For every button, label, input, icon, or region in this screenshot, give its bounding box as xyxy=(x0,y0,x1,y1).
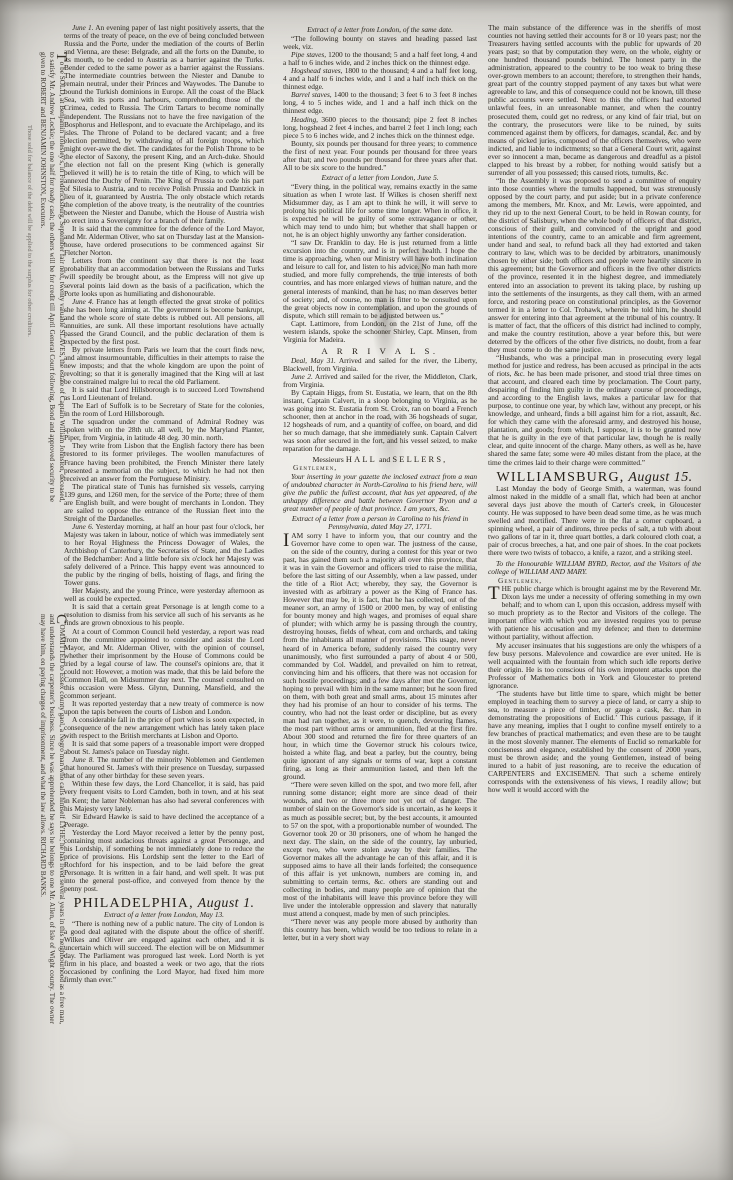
paragraph: Yesterday the Lord Mayor received a lett… xyxy=(64,829,264,893)
paragraph-text: A considerable fall in the price of port… xyxy=(64,715,264,740)
paragraph-text: The squadron under the command of Admira… xyxy=(64,417,264,442)
paragraph: Pipe staves, 1200 to the thousand; 5 and… xyxy=(283,51,477,67)
paragraph-text: An evening paper of last night positivel… xyxy=(64,23,264,225)
dateline-williamsburg: WILLIAMSBURG, August 15. xyxy=(488,474,701,482)
paragraph-text: Your inserting in your gazette the inclo… xyxy=(283,472,477,513)
paragraph-text: France has at length effected the great … xyxy=(64,297,264,346)
paragraph-text: Bounty, six pounds per thousand for thre… xyxy=(283,139,477,172)
margin-ad-text: o be SOLD, at Benjamin Tolesley's, in Fr… xyxy=(39,52,66,502)
paragraph-text: Last Monday the body of George Smith, a … xyxy=(488,484,701,557)
paragraph: Deal, May 31. Arrived and sailed for the… xyxy=(283,357,477,373)
paragraph-text: By Captain Higgs, from St. Eustatia, we … xyxy=(283,388,477,453)
paragraph-text: It was reported yesterday that a new tre… xyxy=(64,699,264,716)
paragraph-text: Letters from the continent say that ther… xyxy=(64,256,264,297)
paragraph: June 4. France has at length effected th… xyxy=(64,298,264,346)
paragraph: June 8. The number of the minority Noble… xyxy=(64,756,264,780)
paragraph: Heading, 3600 pieces to the thousand; pi… xyxy=(283,116,477,140)
paragraph-text: Sir Edward Hawke is said to have decline… xyxy=(64,812,264,829)
paragraph-text: It is said that the committee for the de… xyxy=(64,224,264,257)
margin-ad-fragment: Those sold for balance of the debt will … xyxy=(24,125,33,395)
paragraph-text: The piratical state of Tunis has furnish… xyxy=(64,482,264,523)
dateline-date: August 15. xyxy=(624,470,692,485)
paragraph: THE public charge which is brought again… xyxy=(488,585,701,641)
paragraph-text: It is said that a certain great Personag… xyxy=(64,602,264,627)
margin-ad-slaves-sale: To be SOLD, at Benjamin Tolesley's, in F… xyxy=(39,52,66,502)
paragraph-text: They write from Lisbon that the English … xyxy=(64,441,264,482)
paragraph-text: “There were seven killed on the spot, an… xyxy=(283,780,477,918)
address-name: HALL xyxy=(346,455,377,464)
column-philadelphia-news: Extract of a letter from London, of the … xyxy=(283,24,477,942)
paragraph-text: AM sorry I have to inform you, that our … xyxy=(283,531,477,781)
paragraph: By private letters from Paris we learn t… xyxy=(64,346,264,386)
paragraph: Last Monday the body of George Smith, a … xyxy=(488,485,701,557)
letter-extract-heading: Extract of a letter from a person in Car… xyxy=(287,515,473,531)
paragraph: At a court of Common Council held yester… xyxy=(64,628,264,700)
paragraph: Within these few days, the Lord Chancell… xyxy=(64,780,264,812)
paragraph-text: Yesterday morning, at half an hour past … xyxy=(64,522,264,587)
address-name: SELLERS, xyxy=(392,455,447,464)
paragraph-text: The number of the minority Noblemen and … xyxy=(64,755,264,780)
paragraph: Her Majesty, and the young Prince, were … xyxy=(64,587,264,603)
paragraph: Barrel staves, 1400 to the thousand; 3 f… xyxy=(283,91,477,115)
newspaper-scan: Those sold for balance of the debt will … xyxy=(0,0,733,1180)
paragraph-text: HE public charge which is brought agains… xyxy=(488,584,701,641)
dateline-city: PHILADELPHIA, xyxy=(74,896,194,911)
paragraph-text: My accuser insinuates that his suggestio… xyxy=(488,641,701,690)
paragraph-text: The main substance of the difference was… xyxy=(488,23,701,177)
paragraph: Hogshead staves, 1800 to the thousand; 4… xyxy=(283,67,477,91)
paragraph: A considerable fall in the price of port… xyxy=(64,716,264,740)
margin-ad-committed-gaol: COMMITTED to Essex county gaol, a Negro … xyxy=(39,614,66,1024)
paragraph: The piratical state of Tunis has furnish… xyxy=(64,483,264,523)
address-mid: and xyxy=(377,455,392,464)
paragraph-text: Capt. Lattimore, from London, on the 21s… xyxy=(283,319,477,344)
letter-extract-heading: Extract of a letter from London, of the … xyxy=(287,26,473,34)
dateline-philadelphia: PHILADELPHIA, August 1. xyxy=(64,900,264,908)
column-layout: June 1. An evening paper of last night p… xyxy=(64,24,701,985)
paragraph-text: It is said that some papers of a treason… xyxy=(64,739,264,756)
newspaper-page: Those sold for balance of the debt will … xyxy=(0,0,733,1180)
paragraph: June 6. Yesterday morning, at half an ho… xyxy=(64,523,264,587)
paragraph-text: “There never was any people more abused … xyxy=(283,917,477,942)
paragraph: It is said that some papers of a treason… xyxy=(64,740,264,756)
address-william-byrd: To the Honourable WILLIAM BYRD, Rector, … xyxy=(488,560,701,576)
paragraph: “The following bounty on staves and head… xyxy=(283,35,477,51)
paragraph-text: “There is nothing new of a public nature… xyxy=(64,919,264,984)
paragraph: ‘The students have but little time to sp… xyxy=(488,690,701,795)
paragraph: “There never was any people more abused … xyxy=(283,918,477,942)
drop-cap: T xyxy=(488,585,502,602)
paragraph-text: “Every thing, in the political way, rema… xyxy=(283,182,477,239)
paragraph: Your inserting in your gazette the inclo… xyxy=(283,473,477,513)
letter-extract-heading: Extract of a letter from London, May 13. xyxy=(68,911,260,919)
paragraph-text: At a court of Common Council held yester… xyxy=(64,627,264,700)
column-williamsburg-news: The main substance of the difference was… xyxy=(488,24,701,794)
dateline-city: WILLIAMSBURG, xyxy=(496,470,624,485)
paragraph-text: The Earl of Suffolk is to be Secretary o… xyxy=(64,401,264,418)
paragraph-text: By private letters from Paris we learn t… xyxy=(64,345,264,386)
paragraph: The main substance of the difference was… xyxy=(488,24,701,177)
letter-extract-heading: Extract of a letter from London, June 5. xyxy=(287,174,473,182)
paragraph: By Captain Higgs, from St. Eustatia, we … xyxy=(283,389,477,453)
paragraph: I AM sorry I have to inform you, that ou… xyxy=(283,532,477,781)
paragraph-text: “In the Assembly it was proposed to send… xyxy=(488,176,701,354)
paragraph: The squadron under the command of Admira… xyxy=(64,418,264,442)
paragraph: Capt. Lattimore, from London, on the 21s… xyxy=(283,320,477,344)
paragraph: Bounty, six pounds per thousand for thre… xyxy=(283,140,477,172)
paragraph: “In the Assembly it was proposed to send… xyxy=(488,177,701,354)
column-london-news: June 1. An evening paper of last night p… xyxy=(64,24,264,985)
paragraph-text: Arrived and sailed for the river, the Mi… xyxy=(283,372,477,389)
paragraph: “Husbands, who was a principal man in pr… xyxy=(488,354,701,467)
paragraph: Letters from the continent say that ther… xyxy=(64,257,264,297)
paragraph: The Earl of Suffolk is to be Secretary o… xyxy=(64,402,264,418)
paragraph: It is said that a certain great Personag… xyxy=(64,603,264,627)
paragraph: It is said that the committee for the de… xyxy=(64,225,264,257)
paragraph: They write from Lisbon that the English … xyxy=(64,442,264,482)
dateline-date: August 1. xyxy=(194,896,255,911)
paragraph-text: ‘The students have but little time to sp… xyxy=(488,689,701,795)
paragraph-text: “Husbands, who was a principal man in pr… xyxy=(488,353,701,467)
paragraph: “I saw Dr. Franklin to day. He is just r… xyxy=(283,239,477,319)
paragraph: “There were seven killed on the spot, an… xyxy=(283,781,477,918)
paragraph: My accuser insinuates that his suggestio… xyxy=(488,642,701,690)
paragraph-text: “I saw Dr. Franklin to day. He is just r… xyxy=(283,238,477,319)
paragraph: It was reported yesterday that a new tre… xyxy=(64,700,264,716)
paragraph-text: It is said that Lord Hillsborough is to … xyxy=(64,385,264,402)
paragraph-text: Within these few days, the Lord Chancell… xyxy=(64,779,264,812)
paragraph: June 2. Arrived and sailed for the river… xyxy=(283,373,477,389)
paragraph-text: “The following bounty on staves and head… xyxy=(283,34,477,51)
margin-ad-fragment-text: Those sold for balance of the debt will … xyxy=(26,125,33,337)
paragraph-text: Her Majesty, and the young Prince, were … xyxy=(64,586,264,603)
margin-ad-text: OMMITTED to Essex county gaol, a Negro m… xyxy=(39,614,66,1024)
paragraph: Sir Edward Hawke is said to have decline… xyxy=(64,813,264,829)
paragraph: “Every thing, in the political way, rema… xyxy=(283,183,477,239)
arrivals-heading: A R R I V A L S. xyxy=(283,347,477,355)
paragraph: June 1. An evening paper of last night p… xyxy=(64,24,264,225)
paragraph: “There is nothing new of a public nature… xyxy=(64,920,264,984)
paragraph: It is said that Lord Hillsborough is to … xyxy=(64,386,264,402)
paragraph-text: Yesterday the Lord Mayor received a lett… xyxy=(64,828,264,893)
